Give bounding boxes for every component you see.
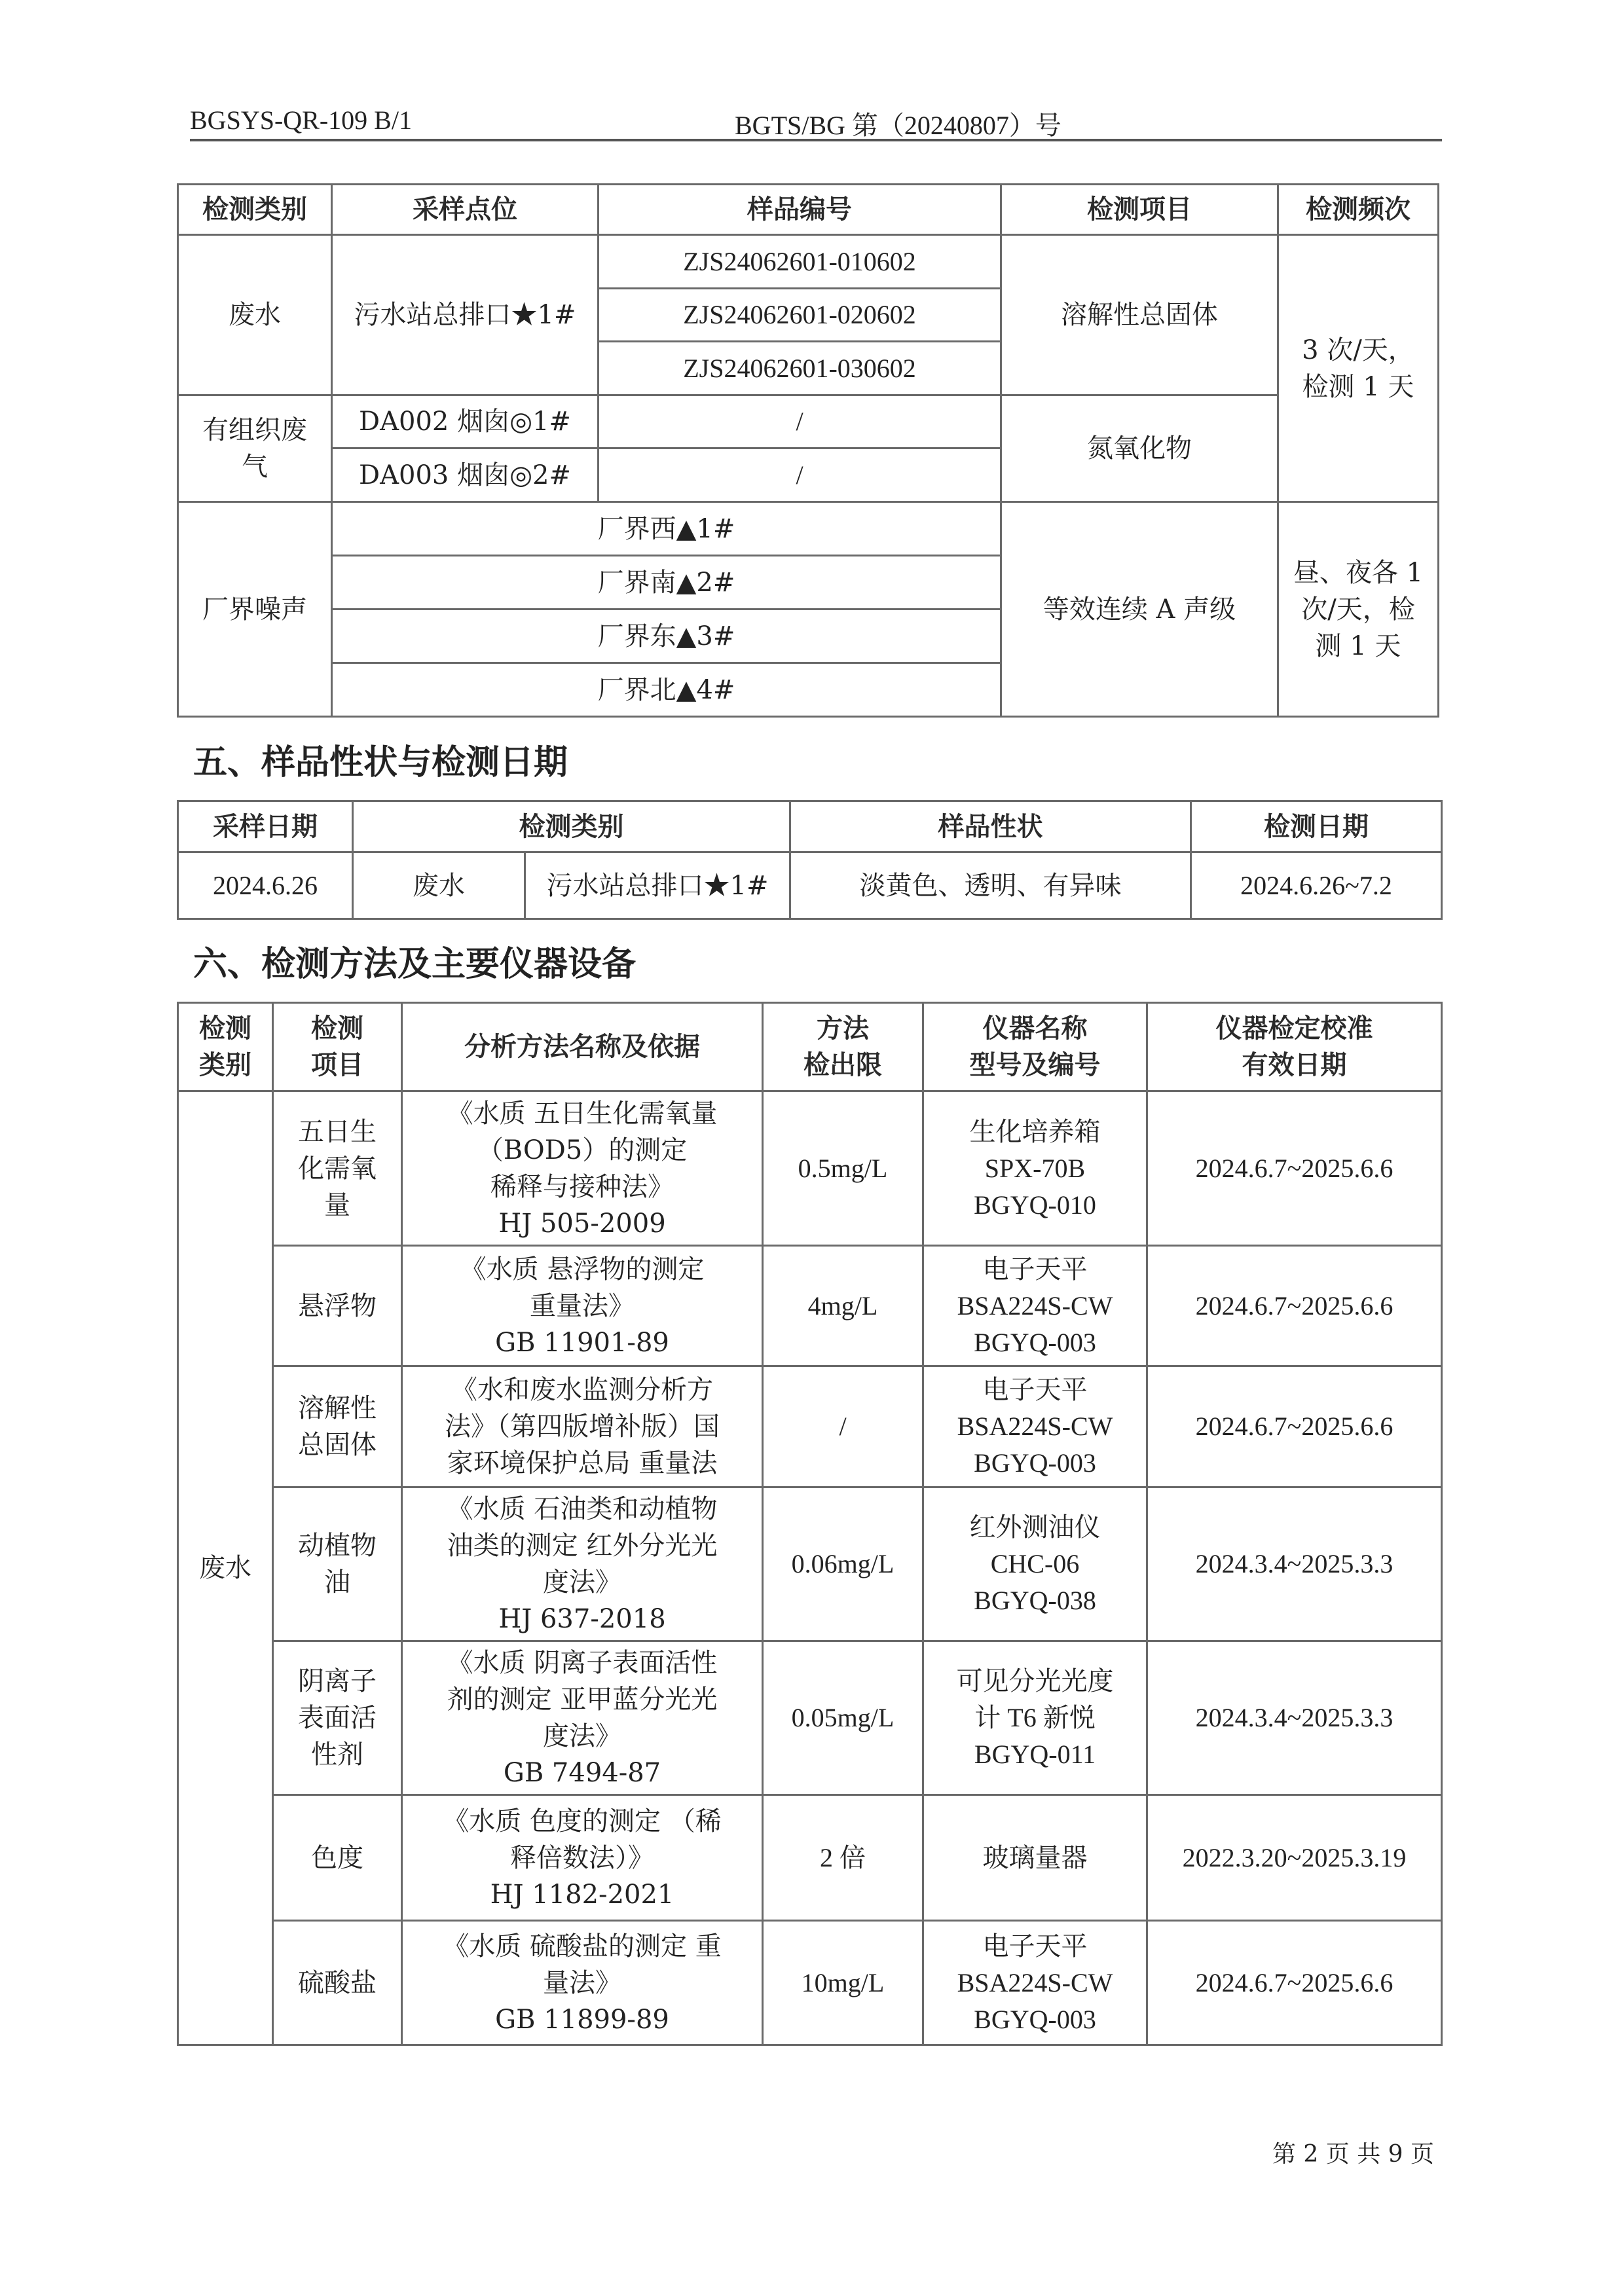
header-method: 分析方法名称及依据 (402, 1003, 763, 1091)
sampling-point-cell: 厂界南▲2# (332, 556, 1001, 610)
header-sampling-point: 采样点位 (332, 185, 599, 235)
test-item-cell: 溶解性 总固体 (273, 1366, 402, 1487)
table-row: 悬浮物 《水质 悬浮物的测定 重量法》 GB 11901-89 4mg/L 电子… (178, 1246, 1442, 1366)
header-sample-id: 样品编号 (599, 185, 1001, 235)
instrument-cell: 可见分光光度 计 T6 新悦 BGYQ-011 (923, 1641, 1147, 1795)
header-test-item: 检测 项目 (273, 1003, 402, 1091)
test-item-cell: 氮氧化物 (1001, 395, 1278, 502)
frequency-cell: 3 次/天，检测 1 天 (1278, 235, 1439, 502)
header-divider (190, 139, 1442, 141)
test-item-cell: 阴离子 表面活 性剂 (273, 1641, 402, 1795)
header-category: 检测 类别 (178, 1003, 273, 1091)
frequency-text: 昼、夜各 1 次/天，检测 1 天 (1285, 555, 1431, 665)
test-item-cell: 等效连续 A 声级 (1001, 502, 1278, 717)
method-cell: 《水质 阴离子表面活性 剂的测定 亚甲蓝分光光 度法》 GB 7494-87 (402, 1641, 763, 1795)
category-cell: 废水 (178, 235, 332, 395)
detection-limit-cell: 0.5mg/L (763, 1091, 923, 1246)
sample-properties-table: 采样日期 检测类别 样品性状 检测日期 2024.6.26 废水 污水站总排口★… (177, 800, 1443, 920)
header-category: 检测类别 (178, 185, 332, 235)
method-cell: 《水质 石油类和动植物 油类的测定 红外分光光 度法》 HJ 637-2018 (402, 1487, 763, 1641)
validity-cell: 2024.6.7~2025.6.6 (1147, 1366, 1442, 1487)
method-cell: 《水和废水监测分析方 法》（第四版增补版）国 家环境保护总局 重量法 (402, 1366, 763, 1487)
header-appearance: 样品性状 (790, 801, 1191, 852)
frequency-cell: 昼、夜各 1 次/天，检测 1 天 (1278, 502, 1439, 717)
table-row: 阴离子 表面活 性剂 《水质 阴离子表面活性 剂的测定 亚甲蓝分光光 度法》 G… (178, 1641, 1442, 1795)
sample-id-cell: / (599, 395, 1001, 448)
validity-cell: 2024.6.7~2025.6.6 (1147, 1246, 1442, 1366)
table-row: 2024.6.26 废水 污水站总排口★1# 淡黄色、透明、有异味 2024.6… (178, 852, 1442, 919)
category-cell: 厂界噪声 (178, 502, 332, 717)
test-item-cell: 硫酸盐 (273, 1921, 402, 2045)
header-instrument: 仪器名称 型号及编号 (923, 1003, 1147, 1091)
method-cell: 《水质 五日生化需氧量 （BOD5）的测定 稀释与接种法》 HJ 505-200… (402, 1091, 763, 1246)
sampling-table: 检测类别 采样点位 样品编号 检测项目 检测频次 废水 污水站总排口★1# ZJ… (177, 183, 1439, 718)
validity-cell: 2024.3.4~2025.3.3 (1147, 1487, 1442, 1641)
method-cell: 《水质 硫酸盐的测定 重 量法》 GB 11899-89 (402, 1921, 763, 2045)
instrument-cell: 电子天平 BSA224S-CW BGYQ-003 (923, 1921, 1147, 2045)
category-cell: 废水 (353, 852, 525, 919)
category-cell: 有组织废气 (178, 395, 332, 502)
sample-id-cell: ZJS24062601-010602 (599, 235, 1001, 289)
sampling-point-cell: 污水站总排口★1# (525, 852, 790, 919)
instrument-cell: 电子天平 BSA224S-CW BGYQ-003 (923, 1366, 1147, 1487)
validity-cell: 2024.6.7~2025.6.6 (1147, 1091, 1442, 1246)
test-item-cell: 色度 (273, 1795, 402, 1921)
page-number: 第 2 页 共 9 页 (1272, 2136, 1434, 2169)
header-sample-date: 采样日期 (178, 801, 353, 852)
header-frequency: 检测频次 (1278, 185, 1439, 235)
method-cell: 《水质 悬浮物的测定 重量法》 GB 11901-89 (402, 1246, 763, 1366)
sampling-point-cell: DA003 烟囱◎2# (332, 448, 599, 502)
table-header-row: 检测 类别 检测 项目 分析方法名称及依据 方法 检出限 仪器名称 型号及编号 … (178, 1003, 1442, 1091)
report-number: BGTS/BG 第（20240807）号 (735, 105, 1061, 142)
appearance-cell: 淡黄色、透明、有异味 (790, 852, 1191, 919)
sampling-point-cell: DA002 烟囱◎1# (332, 395, 599, 448)
methods-instruments-table: 检测 类别 检测 项目 分析方法名称及依据 方法 检出限 仪器名称 型号及编号 … (177, 1002, 1443, 2046)
sampling-point-cell: 污水站总排口★1# (332, 235, 599, 395)
header-test-date: 检测日期 (1191, 801, 1442, 852)
method-cell: 《水质 色度的测定 （稀 释倍数法）》 HJ 1182-2021 (402, 1795, 763, 1921)
table-header-row: 采样日期 检测类别 样品性状 检测日期 (178, 801, 1442, 852)
table-header-row: 检测类别 采样点位 样品编号 检测项目 检测频次 (178, 185, 1439, 235)
section-title-methods-instruments: 六、检测方法及主要仪器设备 (193, 936, 636, 985)
header-calibration-validity: 仪器检定校准 有效日期 (1147, 1003, 1442, 1091)
table-row: 有组织废气 DA002 烟囱◎1# / 氮氧化物 (178, 395, 1439, 448)
category-text: 有组织废气 (185, 412, 324, 485)
validity-cell: 2022.3.20~2025.3.19 (1147, 1795, 1442, 1921)
sampling-point-cell: 厂界西▲1# (332, 502, 1001, 556)
detection-limit-cell: 0.06mg/L (763, 1487, 923, 1641)
table-row: 废水 污水站总排口★1# ZJS24062601-010602 溶解性总固体 3… (178, 235, 1439, 289)
sample-date-cell: 2024.6.26 (178, 852, 353, 919)
header-test-item: 检测项目 (1001, 185, 1278, 235)
sample-id-cell: ZJS24062601-020602 (599, 289, 1001, 342)
detection-limit-cell: 2 倍 (763, 1795, 923, 1921)
sample-id-cell: / (599, 448, 1001, 502)
sample-id-cell: ZJS24062601-030602 (599, 342, 1001, 395)
sampling-point-cell: 厂界北▲4# (332, 663, 1001, 717)
test-date-cell: 2024.6.26~7.2 (1191, 852, 1442, 919)
category-cell: 废水 (178, 1091, 273, 2045)
section-title-sample-properties: 五、样品性状与检测日期 (193, 735, 568, 784)
test-item-cell: 五日生 化需氧 量 (273, 1091, 402, 1246)
table-row: 厂界噪声 厂界西▲1# 等效连续 A 声级 昼、夜各 1 次/天，检测 1 天 (178, 502, 1439, 556)
table-row: 硫酸盐 《水质 硫酸盐的测定 重 量法》 GB 11899-89 10mg/L … (178, 1921, 1442, 2045)
header-detection-limit: 方法 检出限 (763, 1003, 923, 1091)
table-row: 废水 五日生 化需氧 量 《水质 五日生化需氧量 （BOD5）的测定 稀释与接种… (178, 1091, 1442, 1246)
table-row: 溶解性 总固体 《水和废水监测分析方 法》（第四版增补版）国 家环境保护总局 重… (178, 1366, 1442, 1487)
detection-limit-cell: 0.05mg/L (763, 1641, 923, 1795)
instrument-cell: 生化培养箱 SPX-70B BGYQ-010 (923, 1091, 1147, 1246)
test-item-cell: 溶解性总固体 (1001, 235, 1278, 395)
validity-cell: 2024.3.4~2025.3.3 (1147, 1641, 1442, 1795)
detection-limit-cell: 4mg/L (763, 1246, 923, 1366)
test-item-cell: 悬浮物 (273, 1246, 402, 1366)
frequency-text: 3 次/天，检测 1 天 (1285, 332, 1431, 405)
validity-cell: 2024.6.7~2025.6.6 (1147, 1921, 1442, 2045)
instrument-cell: 红外测油仪 CHC-06 BGYQ-038 (923, 1487, 1147, 1641)
instrument-cell: 电子天平 BSA224S-CW BGYQ-003 (923, 1246, 1147, 1366)
test-item-cell: 动植物 油 (273, 1487, 402, 1641)
detection-limit-cell: 10mg/L (763, 1921, 923, 2045)
document-code: BGSYS-QR-109 B/1 (190, 105, 412, 136)
header-category: 检测类别 (353, 801, 790, 852)
table-row: 动植物 油 《水质 石油类和动植物 油类的测定 红外分光光 度法》 HJ 637… (178, 1487, 1442, 1641)
detection-limit-cell: / (763, 1366, 923, 1487)
sampling-point-cell: 厂界东▲3# (332, 610, 1001, 663)
instrument-cell: 玻璃量器 (923, 1795, 1147, 1921)
table-row: 色度 《水质 色度的测定 （稀 释倍数法）》 HJ 1182-2021 2 倍 … (178, 1795, 1442, 1921)
